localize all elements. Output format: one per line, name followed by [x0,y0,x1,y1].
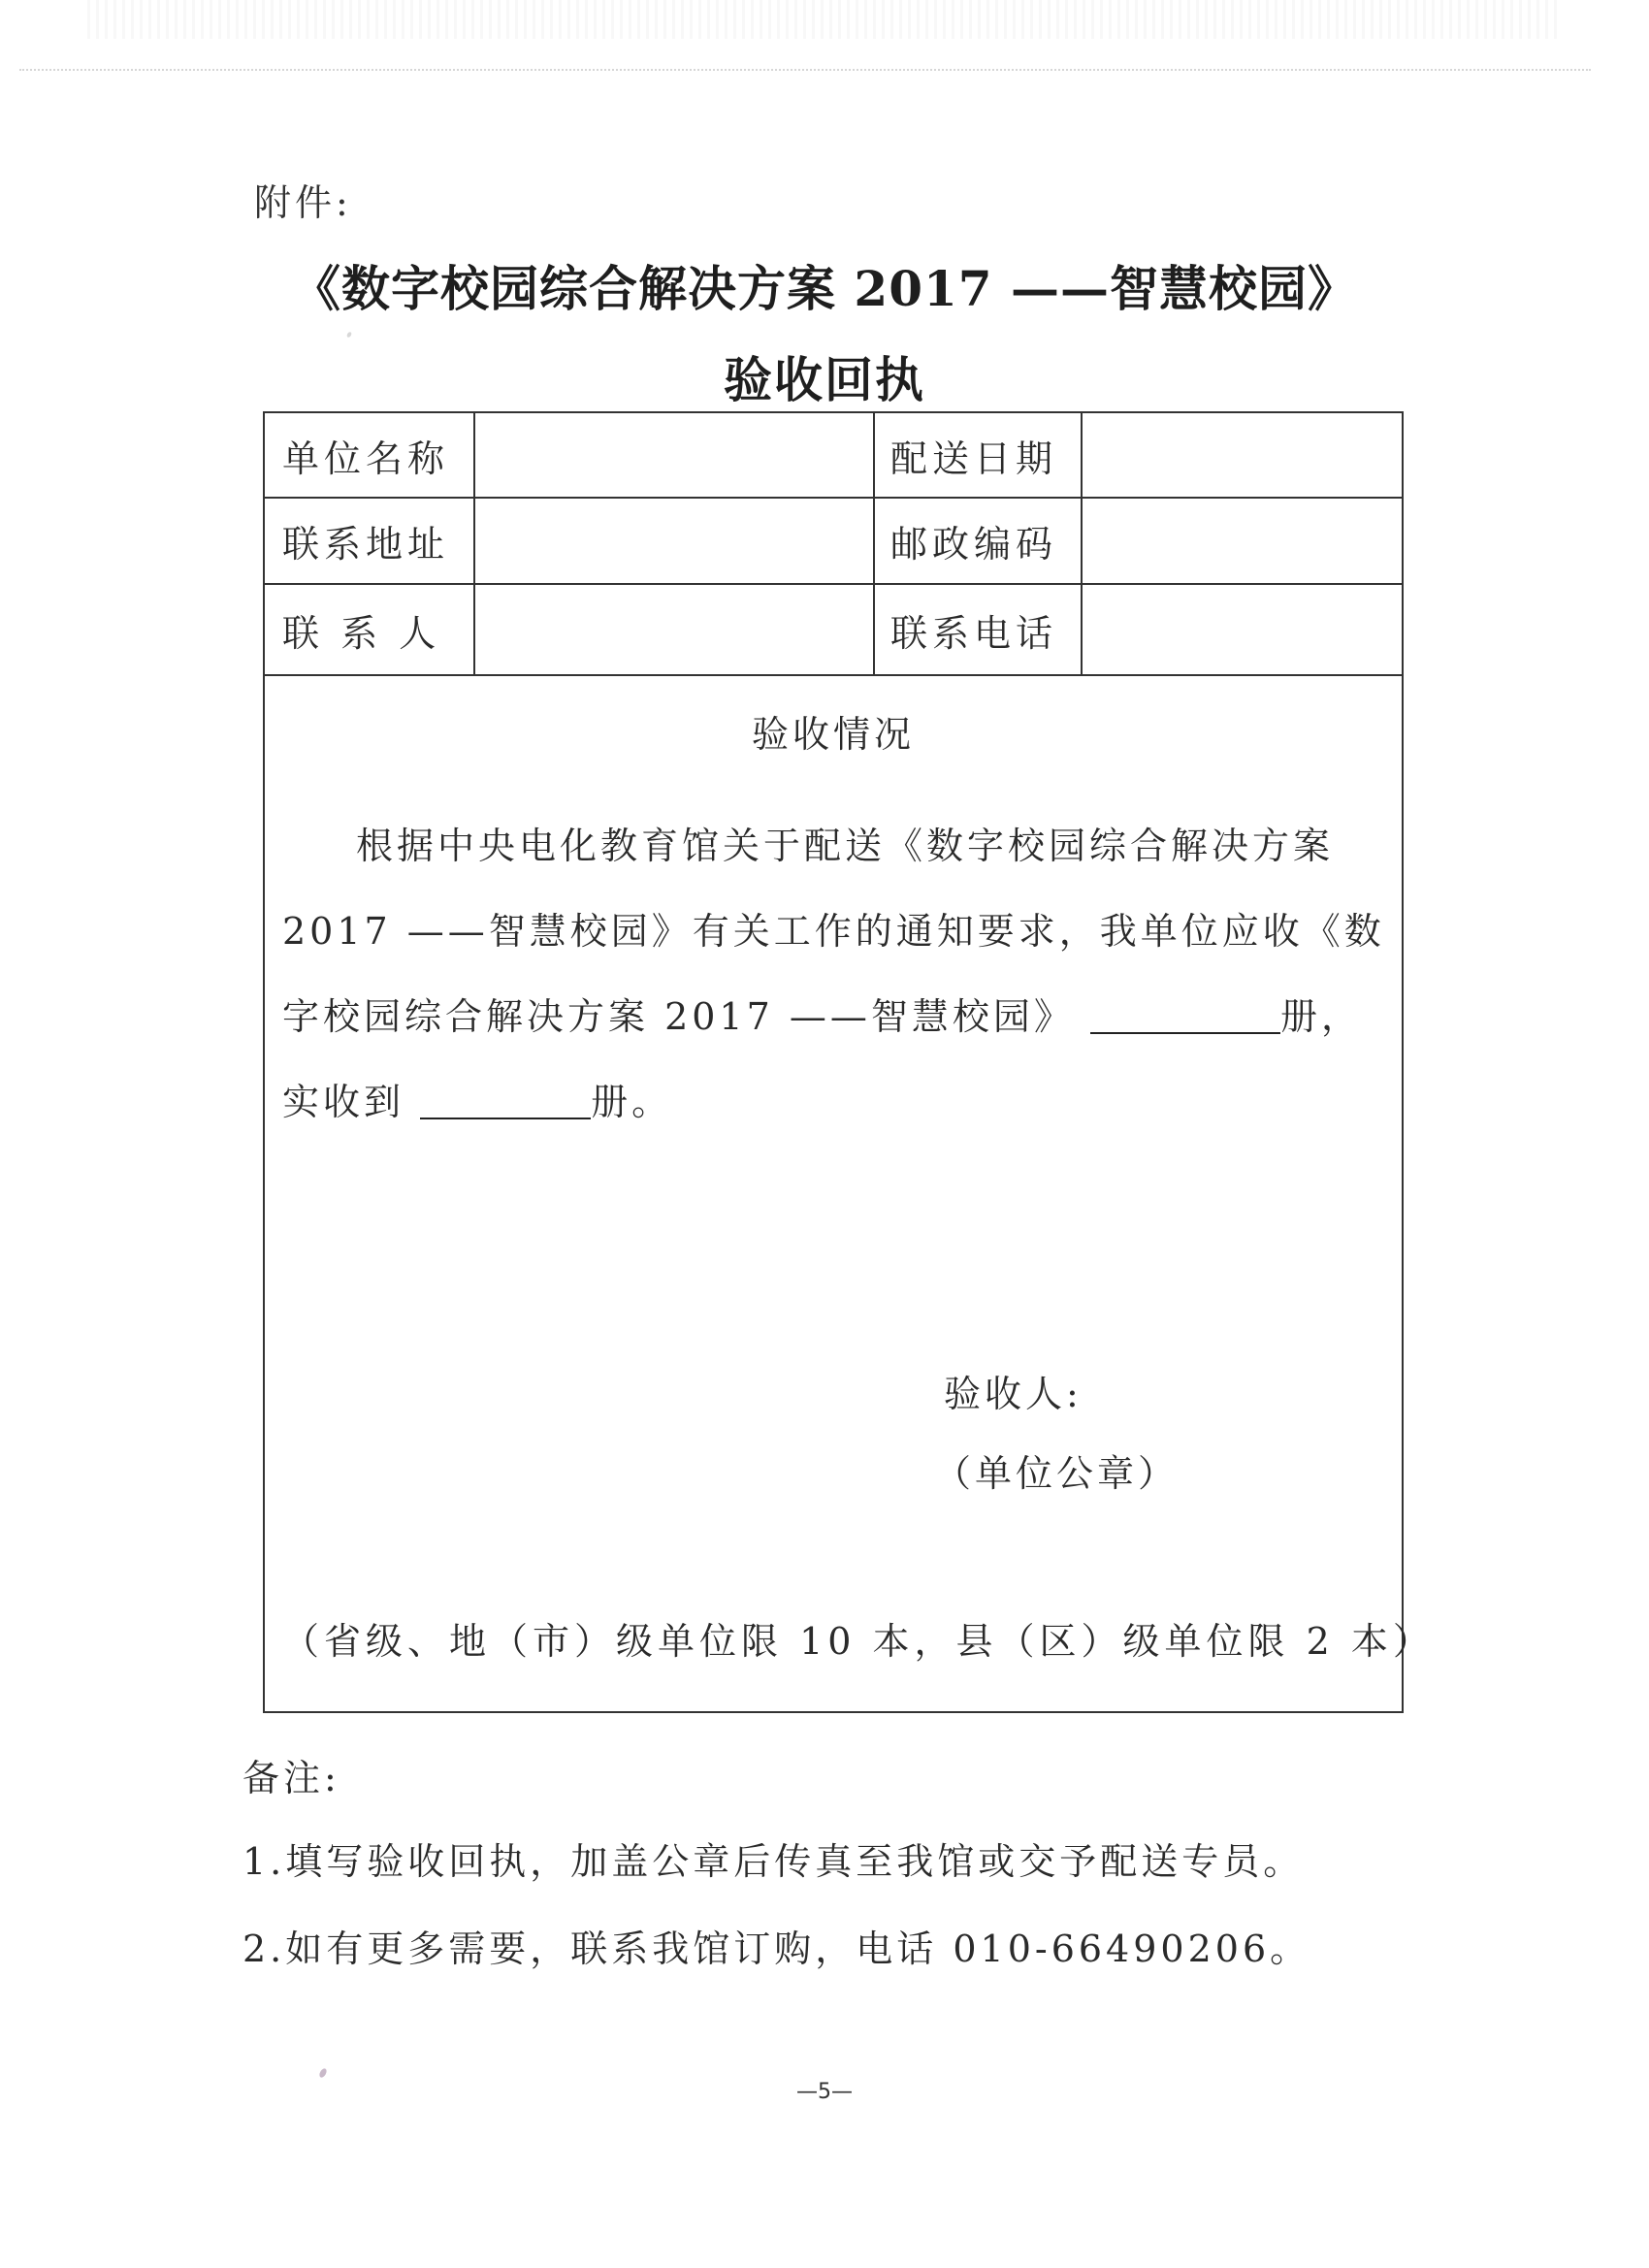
unit-name-label: 单位名称 [265,413,475,497]
postal-code-label: 邮政编码 [875,499,1083,583]
paragraph-line-3-suffix: 册， [1280,995,1362,1038]
paragraph-line-2: 2017 ——智慧校园》有关工作的通知要求，我单位应收《数 [282,901,1388,955]
receipt-form-table: 单位名称 配送日期 联系地址 邮政编码 联 系 人 联系电话 验收情况 根据中央… [263,411,1404,1713]
postal-code-cell[interactable] [1083,499,1404,583]
seal-label: （单位公章） [934,1443,1179,1497]
table-row: 联 系 人 联系电话 [265,585,1402,676]
contact-person-label: 联 系 人 [265,585,475,674]
paragraph-line-4-suffix: 册。 [591,1081,672,1123]
attachment-label: 附件: [254,173,352,226]
contact-person-field[interactable] [475,585,873,674]
document-title: 《数字校园综合解决方案 2017 ——智慧校园》 [0,250,1649,320]
address-field[interactable] [475,499,873,583]
contact-phone-label: 联系电话 [875,585,1083,674]
acceptance-section-title: 验收情况 [265,704,1402,758]
postal-code-field[interactable] [1083,499,1404,583]
delivery-date-label: 配送日期 [875,413,1083,497]
paragraph-line-3-text: 字校园综合解决方案 2017 ——智慧校园》 [282,995,1075,1038]
page-number: —5— [0,2080,1649,2104]
table-row: 单位名称 配送日期 [265,413,1402,499]
signer-label: 验收人: [944,1364,1083,1417]
paragraph-line-1: 根据中央电化教育馆关于配送《数字校园综合解决方案 [282,816,1388,869]
contact-person-cell[interactable] [475,585,875,674]
address-cell[interactable] [475,499,875,583]
paragraph-line-3: 字校园综合解决方案 2017 ——智慧校园》 册， [282,987,1388,1040]
delivery-date-field[interactable] [1083,413,1404,497]
document-subtitle: 验收回执 [0,341,1649,411]
contact-phone-cell[interactable] [1083,585,1404,674]
table-row: 联系地址 邮政编码 [265,499,1402,585]
unit-name-cell[interactable] [475,413,875,497]
scan-speck [318,2067,328,2079]
contact-phone-field[interactable] [1083,585,1404,674]
scan-speck [346,331,352,338]
paragraph-line-4: 实收到 册。 [282,1072,1388,1125]
delivery-date-cell[interactable] [1083,413,1404,497]
paragraph-line-4-text: 实收到 [282,1081,420,1123]
copy-limit-note: （省级、地（市）级单位限 10 本，县（区）级单位限 2 本） [282,1611,1398,1665]
note-item-2: 2.如有更多需要，联系我馆订购，电话 010-66490206。 [242,1919,1310,1972]
scan-artifact [87,0,1562,39]
scan-line [19,69,1591,71]
notes-heading: 备注: [242,1748,340,1801]
received-copies-blank[interactable] [420,1081,591,1119]
note-item-1: 1.填写验收回执，加盖公章后传真至我馆或交予配送专员。 [242,1831,1304,1885]
address-label: 联系地址 [265,499,475,583]
unit-name-field[interactable] [475,413,873,497]
expected-copies-field[interactable] [1090,1000,1284,1039]
expected-copies-blank[interactable] [1090,995,1280,1034]
received-copies-field[interactable] [420,1085,595,1124]
